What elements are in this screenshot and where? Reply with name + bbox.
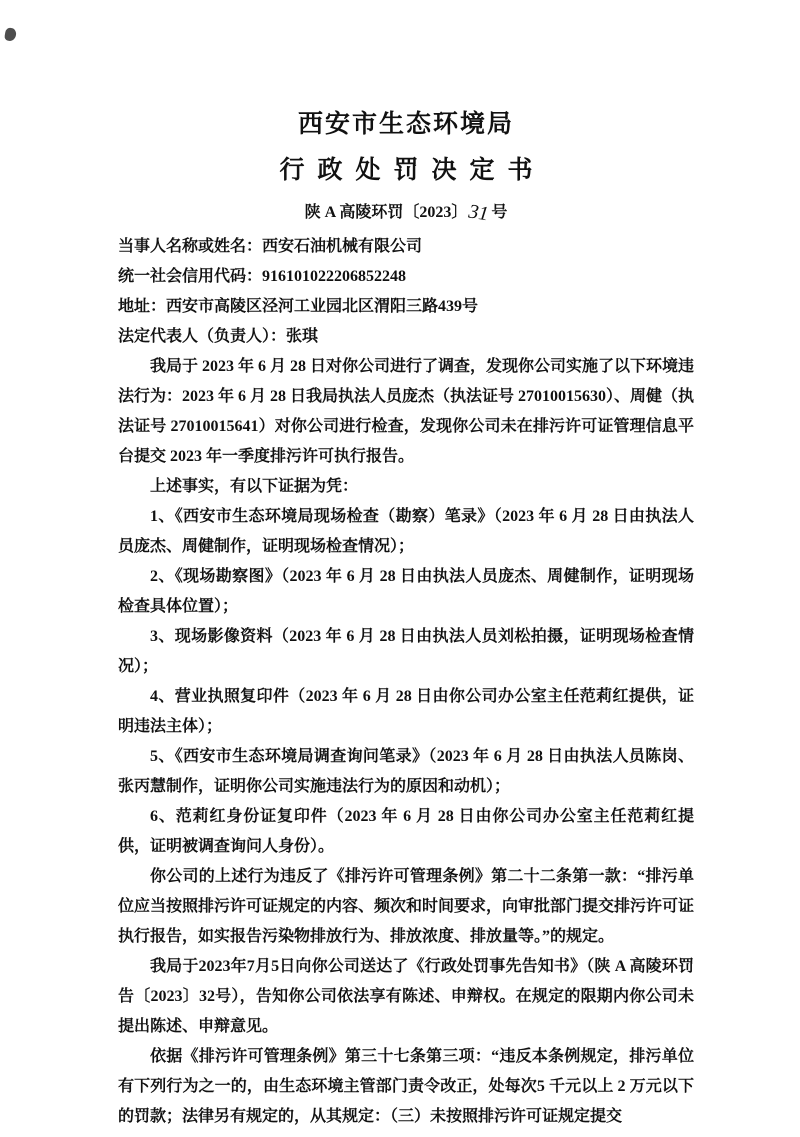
paragraph-violation: 你公司的上述行为违反了《排污许可管理条例》第二十二条第一款：“排污单位应当按照排…	[118, 862, 694, 952]
paragraph-evidence-intro: 上述事实，有以下证据为凭：	[118, 472, 694, 502]
document-body: 我局于 2023 年 6 月 28 日对你公司进行了调查，发现你公司实施了以下环…	[118, 352, 694, 1132]
paragraph-evidence-5: 5、《西安市生态环境局调查询问笔录》（2023 年 6 月 28 日由执法人员陈…	[118, 742, 694, 802]
agency-title: 西安市生态环境局	[118, 104, 694, 140]
field-value: 西安市高陵区泾河工业园北区渭阳三路439号	[166, 298, 478, 315]
document-content: 西安市生态环境局 行政处罚决定书 陕 A 高陵环罚〔2023〕31号 当事人名称…	[0, 0, 800, 1132]
doc-number-prefix: 陕 A 高陵环罚〔2023〕	[305, 204, 468, 221]
paragraph-prior-notice: 我局于2023年7月5日向你公司送达了《行政处罚事先告知书》（陕 A 高陵环罚告…	[118, 952, 694, 1042]
field-label: 地址：	[118, 298, 166, 315]
paragraph-investigation: 我局于 2023 年 6 月 28 日对你公司进行了调查，发现你公司实施了以下环…	[118, 352, 694, 472]
paragraph-evidence-6: 6、范莉红身份证复印件（2023 年 6 月 28 日由你公司办公室主任范莉红提…	[118, 802, 694, 862]
field-label: 法定代表人（负责人）：	[118, 328, 286, 345]
doc-number-suffix: 号	[491, 204, 507, 221]
field-party-name: 当事人名称或姓名：西安石油机械有限公司	[118, 232, 694, 262]
paragraph-evidence-4: 4、营业执照复印件（2023 年 6 月 28 日由你公司办公室主任范莉红提供，…	[118, 682, 694, 742]
doc-number: 陕 A 高陵环罚〔2023〕31号	[118, 199, 694, 223]
paragraph-legal-basis: 依据《排污许可管理条例》第三十七条第三项：“违反本条例规定，排污单位有下列行为之…	[118, 1042, 694, 1132]
field-label: 统一社会信用代码：	[118, 268, 262, 285]
paragraph-evidence-3: 3、现场影像资料（2023 年 6 月 28 日由执法人员刘松拍摄，证明现场检查…	[118, 622, 694, 682]
party-info-fields: 当事人名称或姓名：西安石油机械有限公司 统一社会信用代码：91610102220…	[118, 232, 694, 352]
field-value: 张琪	[286, 328, 318, 345]
field-label: 当事人名称或姓名：	[118, 238, 262, 255]
field-credit-code: 统一社会信用代码：916101022206852248	[118, 262, 694, 292]
field-legal-representative: 法定代表人（负责人）：张琪	[118, 322, 694, 352]
paragraph-evidence-1: 1、《西安市生态环境局现场检查（勘察）笔录》（2023 年 6 月 28 日由执…	[118, 502, 694, 562]
field-value: 916101022206852248	[262, 268, 406, 285]
field-address: 地址：西安市高陵区泾河工业园北区渭阳三路439号	[118, 292, 694, 322]
doc-title: 行政处罚决定书	[118, 150, 694, 186]
doc-number-handwritten: 31	[465, 201, 492, 226]
document-page: 西安市生态环境局 行政处罚决定书 陕 A 高陵环罚〔2023〕31号 当事人名称…	[0, 0, 800, 1137]
paragraph-evidence-2: 2、《现场勘察图》（2023 年 6 月 28 日由执法人员庞杰、周健制作，证明…	[118, 562, 694, 622]
field-value: 西安石油机械有限公司	[262, 238, 422, 255]
